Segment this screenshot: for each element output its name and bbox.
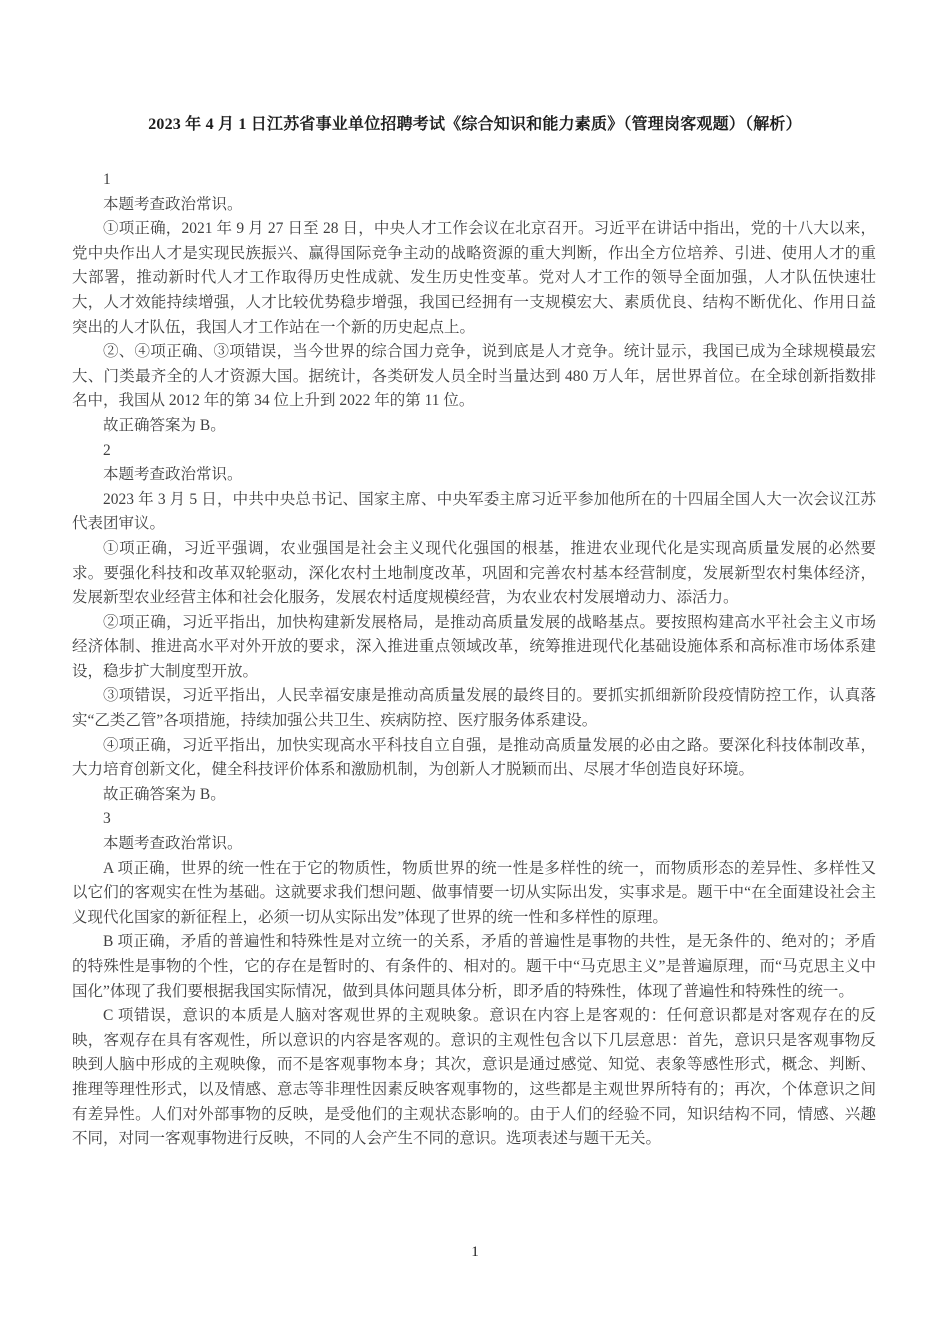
analysis-paragraph: ②项正确，习近平指出，加快构建新发展格局，是推动高质量发展的战略基点。要按照构建… [72,611,876,685]
page-footer: 1 [0,1242,950,1262]
analysis-paragraph: 本题考查政治常识。 [72,832,876,857]
analysis-paragraph: ①项正确，习近平强调，农业强国是社会主义现代化强国的根基，推进农业现代化是实现高… [72,537,876,611]
analysis-paragraph: 本题考查政治常识。 [72,463,876,488]
analysis-paragraph: 故正确答案为 B。 [72,783,876,808]
analysis-paragraph: ②、④项正确、③项错误，当今世界的综合国力竞争，说到底是人才竞争。统计显示，我国… [72,340,876,414]
analysis-paragraph: C 项错误，意识的本质是人脑对客观世界的主观映象。意识在内容上是客观的：任何意识… [72,1004,876,1152]
document-title: 2023 年 4 月 1 日江苏省事业单位招聘考试《综合知识和能力素质》（管理岗… [72,112,878,138]
document-page: 2023 年 4 月 1 日江苏省事业单位招聘考试《综合知识和能力素质》（管理岗… [0,0,950,1344]
document-body: 1本题考查政治常识。①项正确，2021 年 9 月 27 日至 28 日，中央人… [72,168,876,1152]
question-number: 3 [72,807,876,832]
page-number: 1 [471,1244,479,1260]
analysis-paragraph: A 项正确，世界的统一性在于它的物质性，物质世界的统一性是多样性的统一，而物质形… [72,857,876,931]
analysis-paragraph: ④项正确，习近平指出，加快实现高水平科技自立自强，是推动高质量发展的必由之路。要… [72,734,876,783]
analysis-paragraph: 2023 年 3 月 5 日，中共中央总书记、国家主席、中央军委主席习近平参加他… [72,488,876,537]
question-number: 2 [72,439,876,464]
analysis-paragraph: B 项正确，矛盾的普遍性和特殊性是对立统一的关系，矛盾的普遍性是事物的共性，是无… [72,930,876,1004]
analysis-paragraph: 故正确答案为 B。 [72,414,876,439]
analysis-paragraph: ③项错误，习近平指出，人民幸福安康是推动高质量发展的最终目的。要抓实抓细新阶段疫… [72,684,876,733]
analysis-paragraph: ①项正确，2021 年 9 月 27 日至 28 日，中央人才工作会议在北京召开… [72,217,876,340]
analysis-paragraph: 本题考查政治常识。 [72,193,876,218]
question-number: 1 [72,168,876,193]
